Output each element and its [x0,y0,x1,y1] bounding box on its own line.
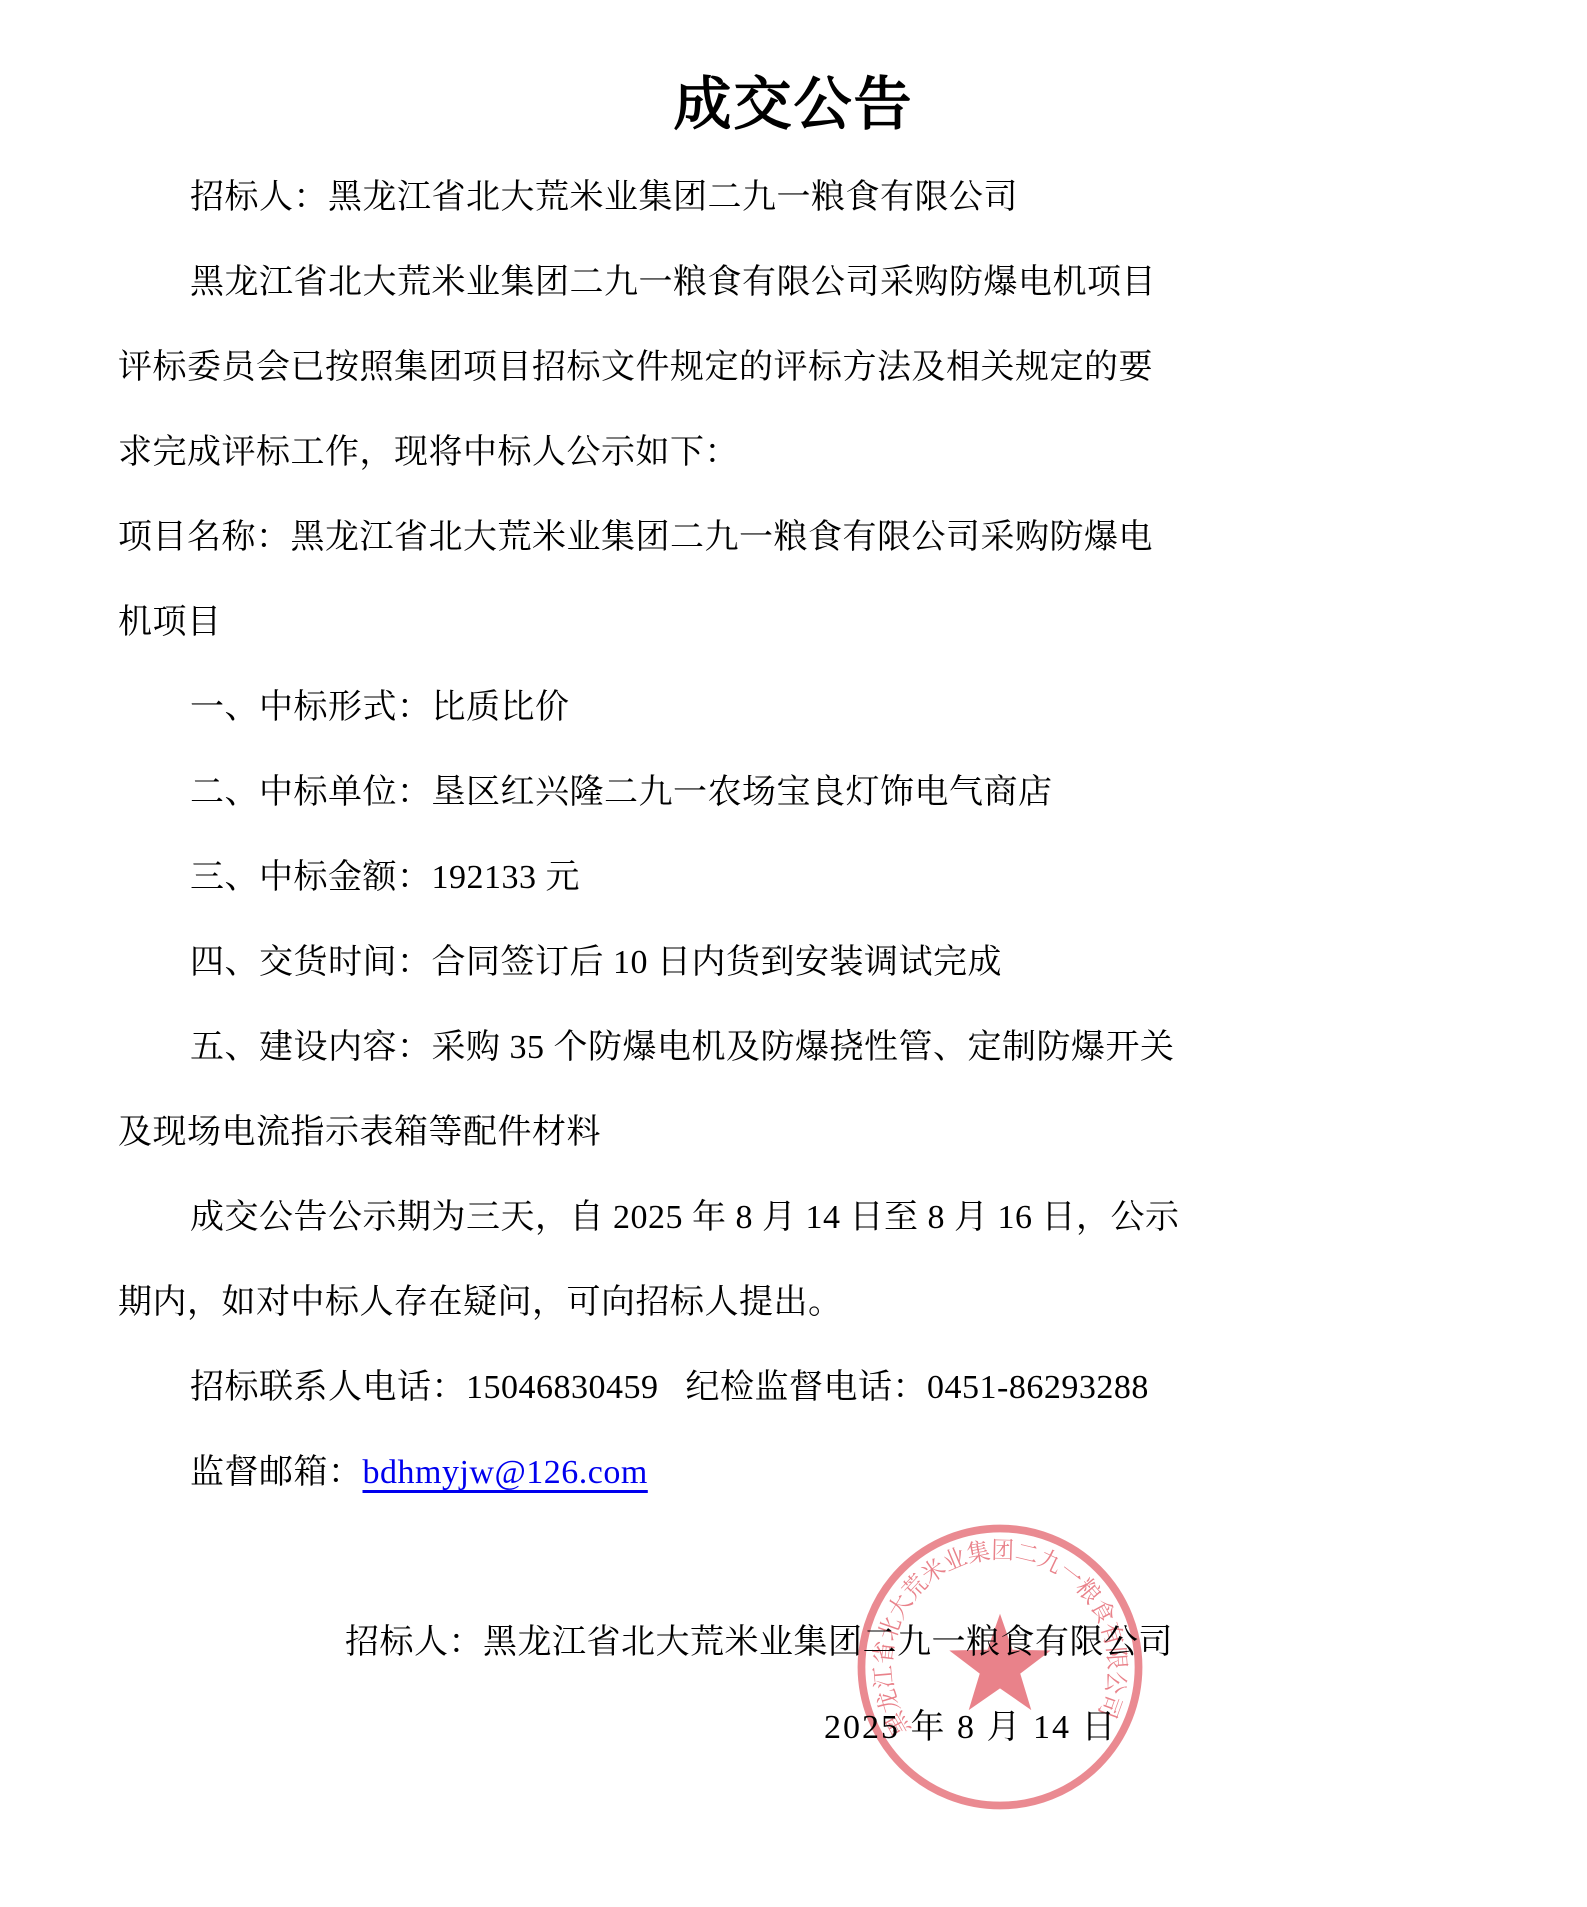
announcement-document: 成交公告 招标人：黑龙江省北大荒米业集团二九一粮食有限公司 黑龙江省北大荒米业集… [0,0,1587,1907]
document-line-email: 监督邮箱：bdhmyjw@126.com [118,1430,1587,1515]
email-label: 监督邮箱： [190,1454,363,1491]
document-line: 二、中标单位：垦区红兴隆二九一农场宝良灯饰电气商店 [118,750,1587,835]
document-line: 五、建设内容：采购 35 个防爆电机及防爆挠性管、定制防爆开关 [118,1005,1587,1090]
document-line: 成交公告公示期为三天，自 2025 年 8 月 14 日至 8 月 16 日，公… [118,1175,1587,1260]
document-body: 招标人：黑龙江省北大荒米业集团二九一粮食有限公司 黑龙江省北大荒米业集团二九一粮… [118,155,1587,1515]
signature-line: 招标人：黑龙江省北大荒米业集团二九一粮食有限公司 [118,1600,1587,1685]
document-line: 三、中标金额：192133 元 [118,835,1587,920]
document-line: 黑龙江省北大荒米业集团二九一粮食有限公司采购防爆电机项目 [118,240,1587,325]
document-line: 招标联系人电话：15046830459 纪检监督电话：0451-86293288 [118,1345,1587,1430]
document-line: 一、中标形式：比质比价 [118,665,1587,750]
document-line: 期内，如对中标人存在疑问，可向招标人提出。 [118,1260,1587,1345]
document-line: 项目名称：黑龙江省北大荒米业集团二九一粮食有限公司采购防爆电 [118,495,1587,580]
document-line: 求完成评标工作，现将中标人公示如下： [118,410,1587,495]
date-line: 2025 年 8 月 14 日 [118,1685,1587,1770]
page-title: 成交公告 [0,0,1587,140]
document-line: 四、交货时间：合同签订后 10 日内货到安装调试完成 [118,920,1587,1005]
document-line: 评标委员会已按照集团项目招标文件规定的评标方法及相关规定的要 [118,325,1587,410]
document-line: 及现场电流指示表箱等配件材料 [118,1090,1587,1175]
document-line: 机项目 [118,580,1587,665]
document-line: 招标人：黑龙江省北大荒米业集团二九一粮食有限公司 [118,155,1587,240]
supervision-email-link[interactable]: bdhmyjw@126.com [363,1454,648,1491]
